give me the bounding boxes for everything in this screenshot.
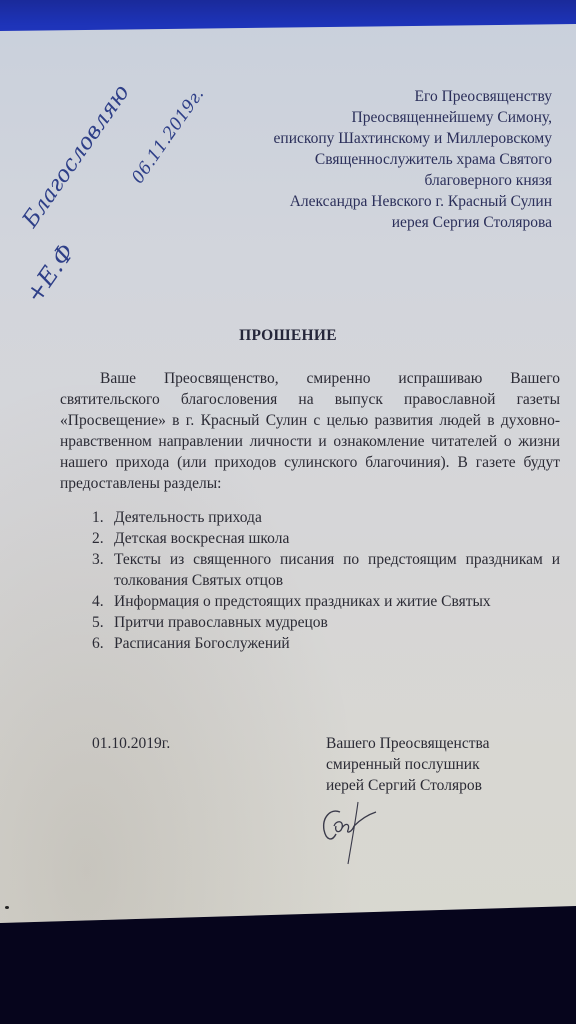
list-item: 4.Информация о предстоящих праздниках и …	[92, 591, 560, 612]
addressee-line: благоверного князя	[274, 170, 552, 191]
list-number: 3.	[92, 549, 104, 570]
list-number: 4.	[92, 591, 104, 612]
list-text: Притчи православных мудрецов	[114, 614, 328, 631]
list-text: Расписания Богослужений	[114, 635, 290, 652]
list-text: Детская воскресная школа	[114, 530, 289, 547]
list-text: Деятельность прихода	[114, 509, 262, 526]
addressee-line: Священнослужитель храма Святого	[274, 149, 552, 170]
list-item: 3.Тексты из священного писания по предст…	[92, 549, 560, 591]
list-item: 2.Детская воскресная школа	[92, 528, 560, 549]
handwritten-resolution: Благословляю	[18, 218, 19, 219]
body-paragraph: Ваше Преосвященство, смиренно испрашиваю…	[60, 368, 560, 494]
document-date: 01.10.2019г.	[92, 733, 170, 754]
document-title: ПРОШЕНИЕ	[0, 325, 576, 346]
addressee-block: Его Преосвященству Преосвященнейшему Сим…	[274, 86, 552, 233]
addressee-line: Александра Невского г. Красный Сулин	[274, 191, 552, 212]
signature-icon	[318, 798, 398, 868]
list-item: 6.Расписания Богослужений	[92, 633, 560, 654]
closing-line: смиренный послушник	[326, 754, 489, 775]
handwritten-date-wrap: 06.11.2019г.	[128, 176, 129, 177]
closing-line: Вашего Преосвященства	[326, 733, 489, 754]
addressee-line: иерея Сергия Столярова	[274, 212, 552, 233]
closing-block: Вашего Преосвященства смиренный послушни…	[326, 733, 489, 796]
handwritten-initials-wrap: +Е.Ф	[20, 292, 21, 293]
list-number: 5.	[92, 612, 104, 633]
addressee-line: епископу Шахтинскому и Миллеровскому	[274, 128, 552, 149]
list-text: Тексты из священного писания по предстоя…	[114, 551, 560, 589]
list-number: 6.	[92, 633, 104, 654]
list-number: 1.	[92, 507, 104, 528]
paper-speck	[5, 906, 9, 909]
background-bottom	[0, 905, 576, 1024]
list-item: 5.Притчи православных мудрецов	[92, 612, 560, 633]
list-item: 1.Деятельность прихода	[92, 507, 560, 528]
sections-list: 1.Деятельность прихода 2.Детская воскрес…	[92, 507, 560, 654]
list-number: 2.	[92, 528, 104, 549]
list-text: Информация о предстоящих праздниках и жи…	[114, 593, 491, 610]
addressee-line: Его Преосвященству	[274, 86, 552, 107]
addressee-line: Преосвященнейшему Симону,	[274, 107, 552, 128]
closing-line: иерей Сергий Столяров	[326, 775, 489, 796]
